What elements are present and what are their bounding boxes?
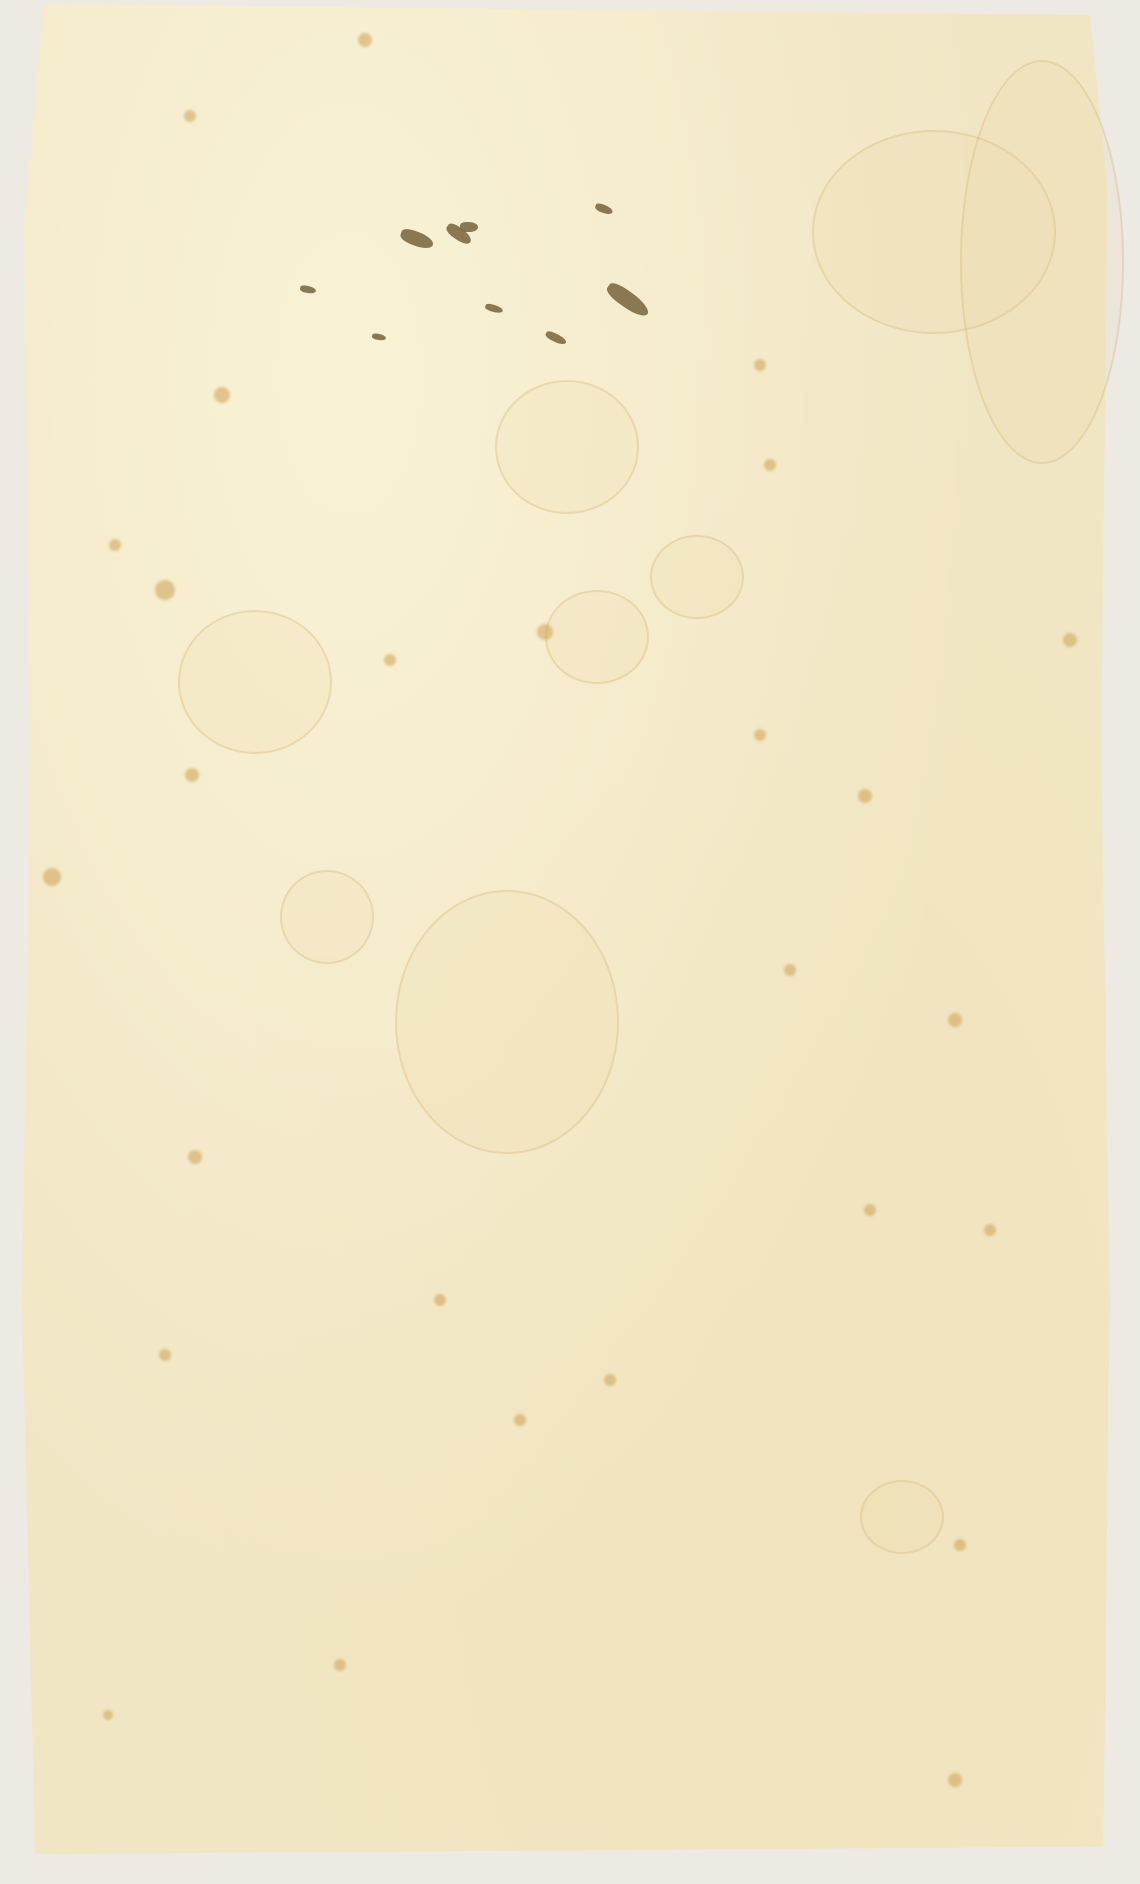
foxing-spot bbox=[954, 1539, 966, 1551]
foxing-spot bbox=[514, 1414, 526, 1426]
foxing-spot bbox=[948, 1013, 962, 1027]
foxing-spot bbox=[784, 964, 796, 976]
water-stain bbox=[495, 380, 639, 514]
foxing-spot bbox=[1063, 633, 1077, 647]
foxing-spot bbox=[384, 654, 396, 666]
foxing-spot bbox=[185, 768, 199, 782]
foxing-spot bbox=[109, 539, 121, 551]
ink-blot bbox=[460, 222, 478, 232]
foxing-spot bbox=[754, 359, 766, 371]
foxing-spot bbox=[864, 1204, 876, 1216]
foxing-spot bbox=[764, 459, 776, 471]
foxing-spot bbox=[434, 1294, 446, 1306]
foxing-spot bbox=[358, 33, 372, 47]
foxing-spot bbox=[159, 1349, 171, 1361]
water-stain bbox=[178, 610, 332, 754]
foxing-spot bbox=[984, 1224, 996, 1236]
foxing-spot bbox=[948, 1773, 962, 1787]
foxing-spot bbox=[184, 110, 196, 122]
foxing-spot bbox=[43, 868, 61, 886]
foxing-spot bbox=[604, 1374, 616, 1386]
foxing-spot bbox=[103, 1710, 113, 1720]
water-stain bbox=[650, 535, 744, 619]
foxing-spot bbox=[858, 789, 872, 803]
foxing-spot bbox=[155, 580, 175, 600]
water-stain bbox=[395, 890, 619, 1154]
water-stain bbox=[280, 870, 374, 964]
water-stain bbox=[860, 1480, 944, 1554]
foxing-spot bbox=[334, 1659, 346, 1671]
water-stain bbox=[545, 590, 649, 684]
foxing-spot bbox=[754, 729, 766, 741]
water-stain bbox=[960, 60, 1124, 464]
foxing-spot bbox=[188, 1150, 202, 1164]
foxing-spot bbox=[537, 624, 553, 640]
foxing-spot bbox=[214, 387, 230, 403]
